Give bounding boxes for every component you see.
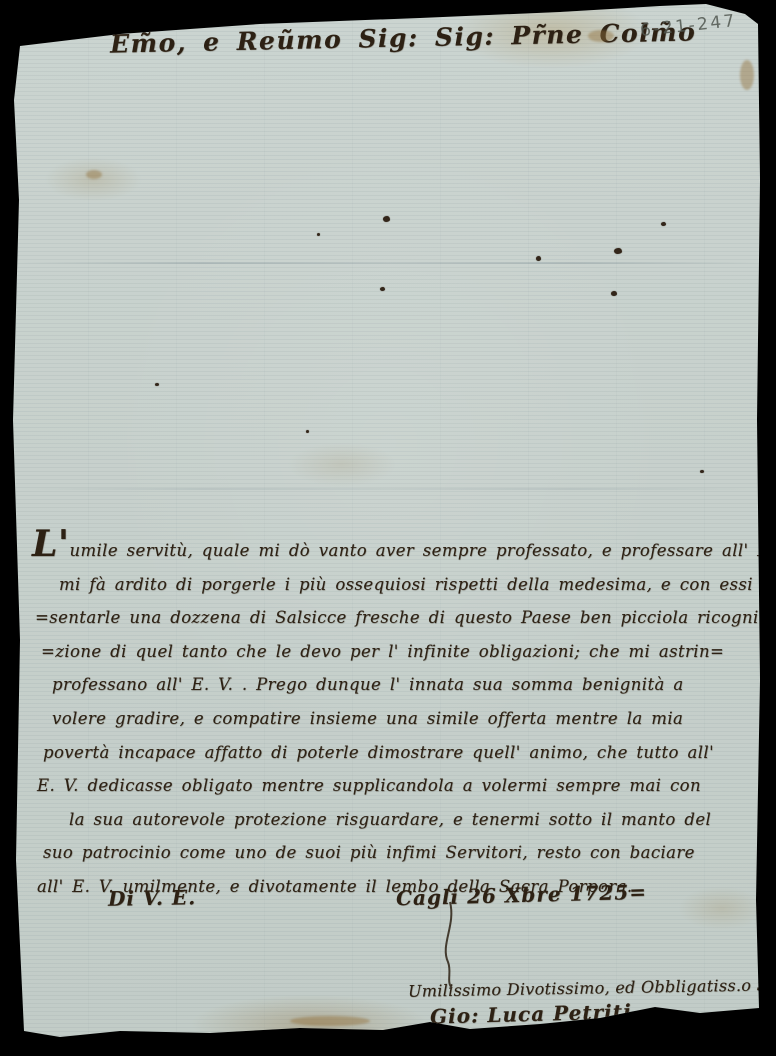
signature-valediction: Umilissimo Divotissimo, ed Obbligatiss.o… [408, 974, 776, 1000]
letter-sheet: Em̃o, e Reũmo Sig: Sig: Pr̃ne Colm̃o 6-2… [0, 0, 776, 1056]
foxing-stain [290, 1016, 370, 1026]
manuscript-photo: Em̃o, e Reũmo Sig: Sig: Pr̃ne Colm̃o 6-2… [0, 0, 776, 1056]
body-line: =sentarle una dozzena di Salsicce fresch… [32, 601, 756, 635]
salutation-header: Em̃o, e Reũmo Sig: Sig: Pr̃ne Colm̃o [110, 18, 650, 58]
ink-spot [306, 430, 309, 433]
fold-crease [18, 488, 758, 490]
foxing-stain [588, 30, 614, 42]
ink-spot [611, 291, 617, 296]
ink-spot [380, 287, 385, 291]
body-line: povertà incapace affatto di poterle dimo… [32, 736, 756, 770]
letter-body: L'umile servitù, quale mi dò vanto aver … [32, 527, 756, 904]
body-line: =zione di quel tanto che le devo per l' … [32, 635, 756, 669]
foxing-stain [86, 170, 102, 179]
body-line: volere gradire, e compatire insieme una … [32, 702, 756, 736]
fold-crease [18, 262, 758, 264]
closing-salutation: Di V. E. [108, 885, 196, 911]
ink-spot [700, 470, 704, 473]
ink-spot [155, 383, 159, 386]
body-line: L'umile servitù, quale mi dò vanto aver … [32, 527, 756, 568]
ink-spot [536, 256, 541, 261]
ink-spot [661, 222, 666, 226]
ink-spot [614, 248, 622, 254]
ink-flourish [432, 900, 462, 990]
foxing-stain [740, 60, 754, 90]
body-line: professano all' E. V. . Prego dunque l' … [32, 668, 756, 702]
body-line: mi fà ardito di porgerle i più ossequios… [32, 568, 756, 602]
body-line: suo patrocinio come uno de suoi più infi… [32, 836, 756, 870]
ink-spot [383, 216, 390, 222]
body-line: la sua autorevole protezione risguardare… [32, 803, 756, 837]
body-line: E. V. dedicasse obligato mentre supplica… [32, 769, 756, 803]
signature-name: Gio: Luca Petritj [430, 999, 632, 1028]
ink-spot [317, 233, 320, 236]
